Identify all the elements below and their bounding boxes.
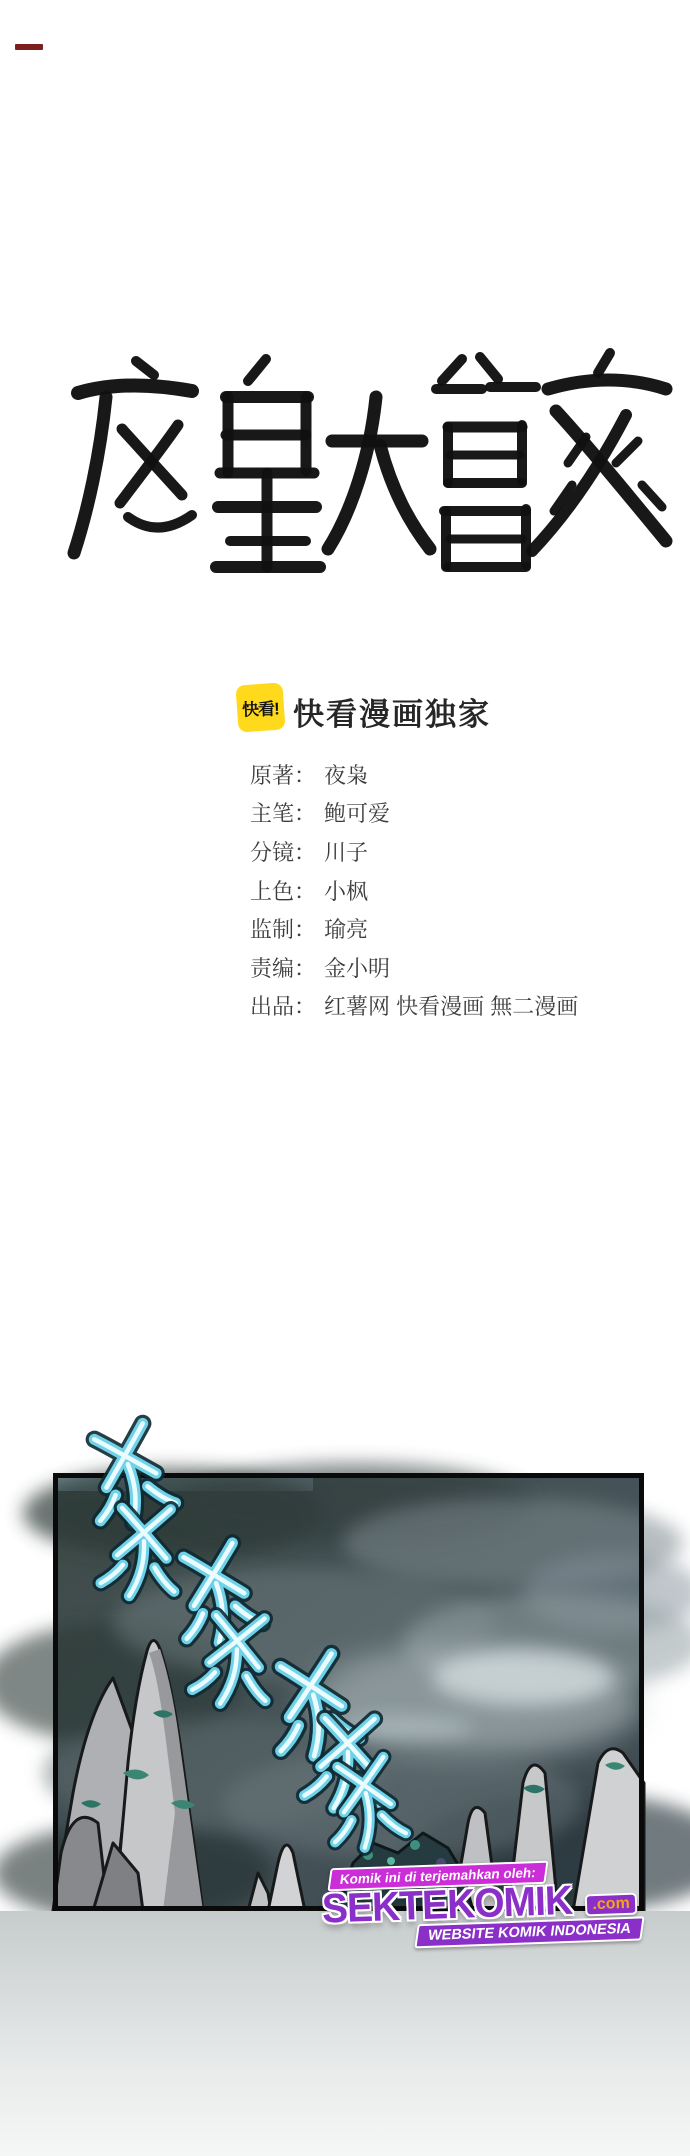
credit-label: 原著：: [250, 759, 320, 790]
title-glyph-mo: [74, 361, 192, 553]
credit-row: 责编： 金小明: [250, 948, 578, 987]
title-ink-svg: [70, 345, 670, 575]
credit-row: 上色： 小枫: [250, 871, 578, 910]
credit-label: 责编：: [250, 952, 320, 983]
credit-value: 红薯网 快看漫画 無二漫画: [324, 990, 578, 1021]
credit-value: 小枫: [324, 875, 368, 906]
site-tld-badge: .com: [585, 1893, 637, 1917]
credit-label: 上色：: [250, 875, 320, 906]
title-glyph-guan: [436, 357, 536, 567]
credit-value: 金小明: [324, 952, 390, 983]
comic-page: 快看! 快看漫画独家 原著： 夜枭 主笔： 鲍可爱 分镜： 川子 上色： 小枫 …: [0, 0, 690, 2156]
credit-label: 分镜：: [250, 836, 320, 867]
title-glyph-da: [328, 397, 430, 549]
credit-value: 川子: [324, 836, 368, 867]
credit-value: 夜枭: [324, 759, 368, 790]
credit-row: 原著： 夜枭: [250, 755, 578, 794]
kuaikan-logo-text: 快看!: [242, 694, 280, 720]
credit-row: 主笔： 鲍可爱: [250, 794, 578, 833]
panel-scene-svg: [53, 1473, 644, 1911]
credit-row: 出品： 红薯网 快看漫画 無二漫画: [250, 987, 578, 1026]
credits-list: 原著： 夜枭 主笔： 鲍可爱 分镜： 川子 上色： 小枫 监制： 瑜亮 责编： …: [250, 755, 578, 1025]
title-glyph-jia: [532, 353, 666, 551]
credit-row: 监制： 瑜亮: [250, 909, 578, 948]
comic-panel: [53, 1473, 644, 1911]
translator-watermark: Komik ini di terjemahkan oleh: SEKTEKOMI…: [321, 1857, 644, 1951]
title-glyph-huang: [216, 359, 320, 567]
publisher-heading: 快看漫画独家: [293, 689, 491, 734]
credit-row: 分镜： 川子: [250, 832, 578, 871]
credit-value: 鲍可爱: [324, 797, 390, 828]
credit-value: 瑜亮: [324, 913, 368, 944]
title-calligraphy: [70, 345, 670, 575]
credit-label: 出品：: [250, 990, 320, 1021]
red-mark: [15, 44, 43, 50]
kuaikan-logo: 快看!: [235, 682, 285, 732]
credit-label: 主笔：: [250, 797, 320, 828]
credit-label: 监制：: [250, 913, 320, 944]
